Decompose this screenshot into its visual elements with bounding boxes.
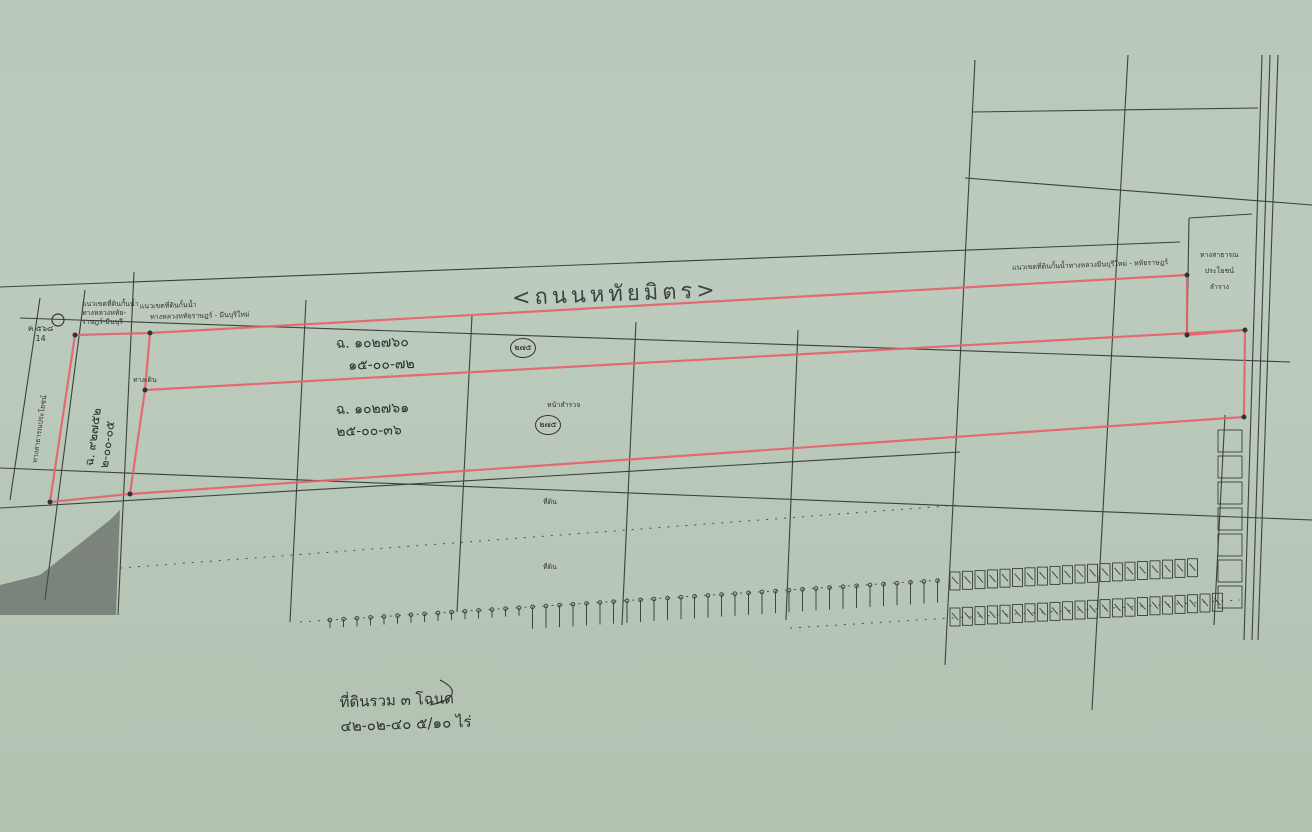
mid-lower-label: ที่ดิน bbox=[543, 562, 557, 573]
left-marker-label: ทางเดิน bbox=[133, 375, 157, 386]
left-strip-corner-code: ค ๕๖๘ 14 bbox=[28, 324, 53, 344]
handwritten-total: ที่ดินรวม ๓ โฉนด ๔๒-๐๒-๔๐ ๕/๑๐ ไร่ bbox=[339, 686, 472, 739]
parcel-lower-survey-caption: หน้าสำรวจ bbox=[547, 400, 580, 411]
left-strip-top-note: แนวเขตที่ดินกั้นน้ำ ทางหลวงหทัย- ราษฎร์-… bbox=[82, 300, 139, 327]
survey-map: <ถนนหทัยมิตร> ฉ. ๑๐๒๗๖๐ ๑๕-๐๐-๗๒ ๒๗๕ ฉ. … bbox=[0, 0, 1312, 832]
mid-upper-label: ที่ดิน bbox=[543, 497, 557, 508]
map-linework bbox=[0, 0, 1312, 832]
parcel-lower-deed-no: ฉ. ๑๐๒๗๖๑ bbox=[335, 397, 409, 421]
parcel-upper-info: ฉ. ๑๐๒๗๖๐ ๑๕-๐๐-๗๒ bbox=[335, 331, 415, 377]
handwritten-total-line2: ๔๒-๐๒-๔๐ ๕/๑๐ ไร่ bbox=[340, 710, 472, 739]
parcel-lower-area: ๒๕-๐๐-๓๖ bbox=[336, 419, 410, 443]
parcel-upper-area: ๑๕-๐๐-๗๒ bbox=[336, 353, 415, 377]
corner-box-note: ทางสาธารณ ประโยชน์ ลำราง bbox=[1200, 247, 1239, 295]
parcel-lower-survey-no: ๒๗๕ bbox=[535, 415, 561, 435]
parcel-lower-info: ฉ. ๑๐๒๗๖๑ ๒๕-๐๐-๓๖ bbox=[335, 397, 410, 443]
parcel-upper-survey-no: ๒๗๕ bbox=[510, 338, 536, 358]
parcel-upper-deed-no: ฉ. ๑๐๒๗๖๐ bbox=[335, 331, 414, 355]
top-left-note: แนวเขตที่ดินกั้นน้ำ ทางหลวงหทัยราษฎร์ - … bbox=[140, 299, 250, 324]
